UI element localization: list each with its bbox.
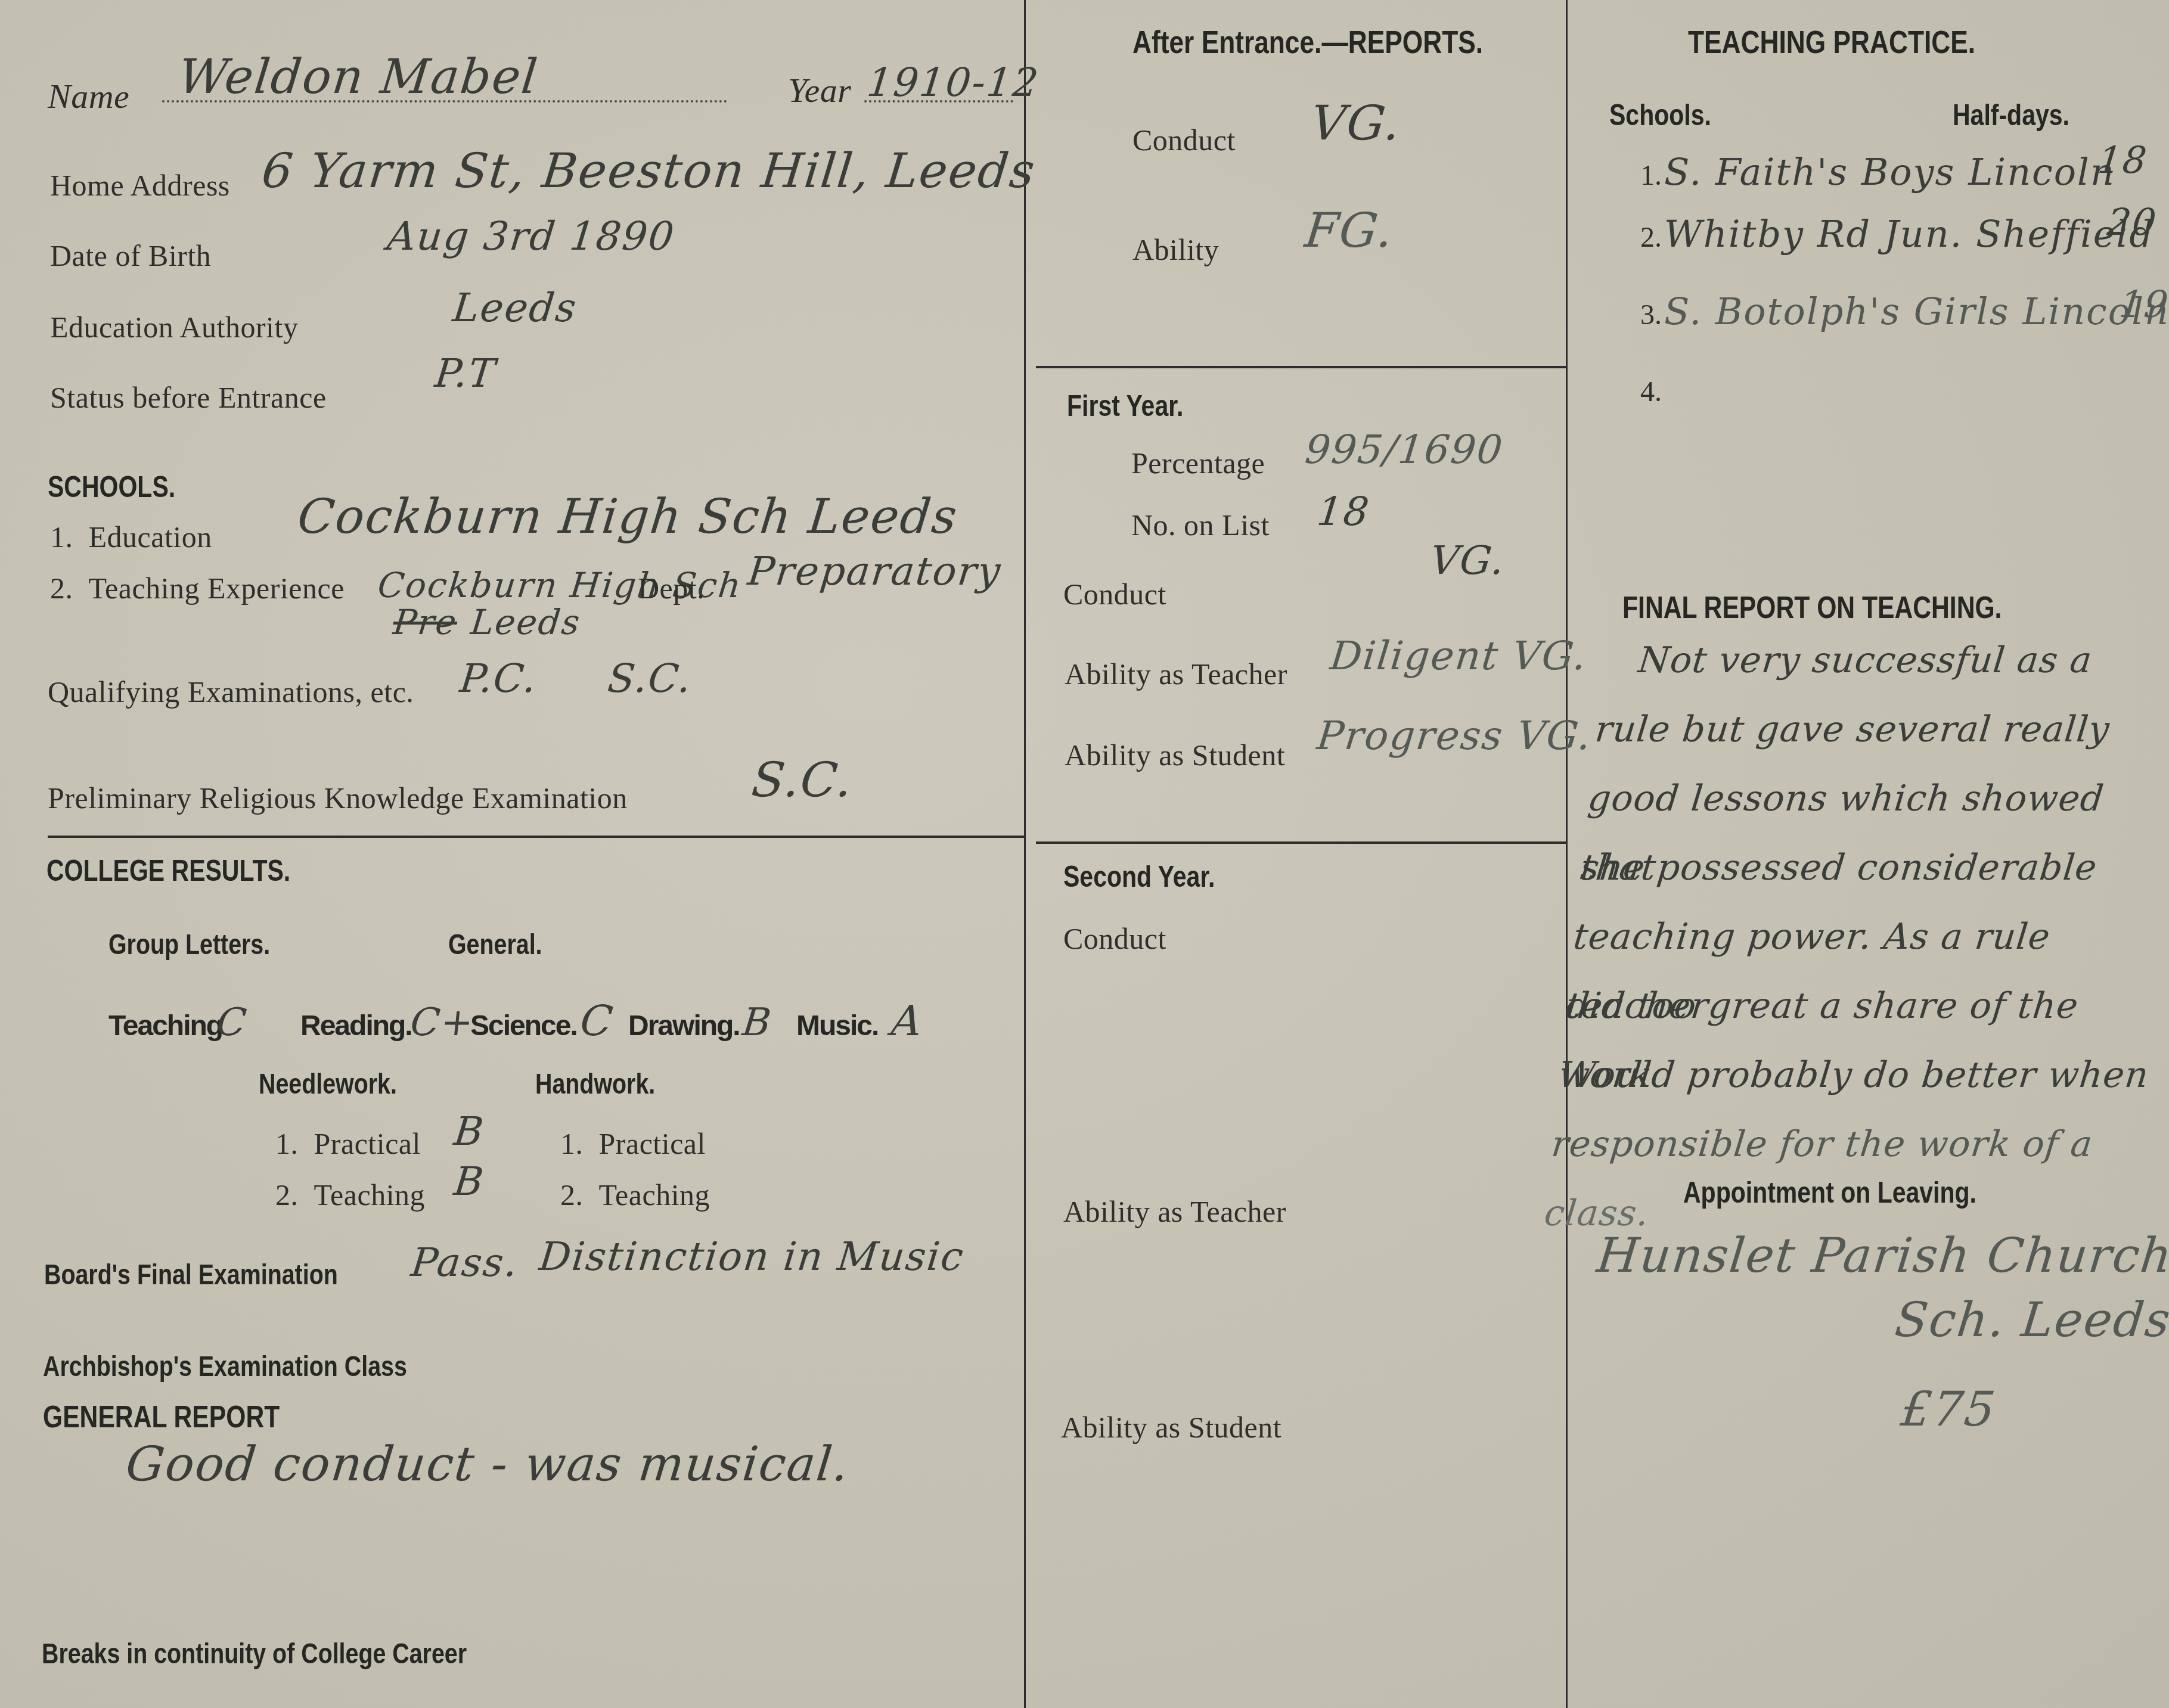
dob-value: Aug 3rd 1890 [385, 213, 677, 259]
tp-row-2-halfdays: 20 [2105, 200, 2159, 244]
handwork-practical-number: 1. [560, 1127, 584, 1160]
qualifying-value-pc: P.C. [458, 656, 539, 701]
handwork-teaching-number: 2. [560, 1178, 584, 1212]
education-row: 1. Education [50, 520, 212, 554]
subject-reading-label: Reading. [300, 1010, 411, 1042]
section-divider-first-year [1036, 366, 1566, 368]
boards-final-note: Distinction in Music [537, 1234, 967, 1280]
subject-teaching-label: Teaching [108, 1010, 217, 1042]
tp-row-1: 1. S. Faith's Boys Lincoln [1640, 150, 2115, 194]
subject-music-grade: A [889, 996, 926, 1045]
education-authority-label: Education Authority [50, 310, 298, 344]
final-report-line: did too great a share of the work [1563, 971, 2165, 1041]
tp-row-4: 4. [1640, 375, 1662, 408]
tp-schools-label: Schools. [1609, 98, 1711, 132]
boards-final-value: Pass. [409, 1240, 521, 1285]
religious-knowledge-label: Preliminary Religious Knowledge Examinat… [48, 781, 628, 815]
general-report-label: GENERAL REPORT [43, 1399, 280, 1435]
column-divider-left [1024, 0, 1026, 1708]
needlework-teaching: 2. Teaching [275, 1178, 425, 1212]
first-year-heading: First Year. [1067, 389, 1183, 423]
home-address-label: Home Address [50, 168, 230, 203]
final-report-line: Not very successful as a [1599, 626, 2169, 695]
first-year-teacher-label: Ability as Teacher [1065, 657, 1287, 691]
needlework-teaching-number: 2. [275, 1178, 299, 1212]
handwork-practical: 1. Practical [560, 1126, 706, 1161]
after-entrance-conduct-label: Conduct [1132, 123, 1236, 157]
name-value: Weldon Mabel [176, 49, 541, 104]
teaching-experience-number: 2. [50, 572, 73, 605]
appointment-line1: Hunslet Parish Church [1594, 1228, 2169, 1283]
year-label: Year [788, 70, 851, 110]
subject-drawing-label: Drawing. [628, 1010, 743, 1042]
education-value: Cockburn High Sch Leeds [295, 489, 961, 544]
tp-row-3-number: 3. [1640, 299, 1662, 331]
subject-drawing-grade: B [740, 1001, 799, 1045]
section-divider-second-year [1036, 841, 1566, 844]
after-entrance-ability-value: FG. [1302, 203, 1397, 258]
appointment-line2: Sch. Leeds [1892, 1292, 2169, 1347]
second-year-heading: Second Year. [1063, 859, 1215, 894]
final-report-line: teaching power. As a rule teacher [1570, 902, 2169, 971]
general-report-value: Good conduct - was musical. [123, 1436, 852, 1492]
handwork-label: Handwork. [535, 1068, 655, 1101]
first-year-conduct-value: VG. [1428, 538, 1507, 583]
subject-science-label: Science. [470, 1010, 581, 1042]
appointment-salary: £75 [1898, 1381, 1999, 1437]
tp-row-1-number: 1. [1640, 160, 1662, 191]
name-label: Name [48, 76, 129, 116]
final-report-line: responsible for the work of a [1548, 1110, 2151, 1179]
qualifying-value-sc: S.C. [606, 656, 694, 701]
needlework-practical: 1. Practical [275, 1126, 421, 1161]
tp-row-4-number: 4. [1640, 376, 1662, 408]
teaching-experience-value-line2: Leeds [468, 602, 582, 642]
final-report-line: rule but gave several really [1591, 695, 2169, 764]
subject-reading-grade: C+ [408, 1001, 473, 1045]
teaching-experience-label: Teaching Experience [89, 572, 345, 605]
tp-halfdays-label: Half-days. [1953, 98, 2069, 132]
subject-grades-row: Teaching C Reading. C+ Science. C Drawin… [108, 996, 923, 1045]
second-year-teacher-label: Ability as Teacher [1063, 1194, 1286, 1229]
schools-heading: SCHOOLS. [48, 470, 175, 504]
qualifying-label: Qualifying Examinations, etc. [48, 675, 414, 709]
first-year-teacher-value: Diligent VG. [1328, 633, 1590, 679]
handwork-teaching: 2. Teaching [560, 1178, 710, 1212]
column-divider-right [1566, 0, 1568, 1708]
first-year-percentage-value: 995/1690 [1303, 427, 1506, 473]
teaching-experience-struck: Pre [391, 602, 459, 642]
final-report-heading: FINAL REPORT ON TEACHING. [1622, 590, 2002, 626]
tp-row-2-school: Whitby Rd Jun. Sheffield [1664, 212, 2154, 256]
archbishop-exam-label: Archbishop's Examination Class [43, 1350, 407, 1383]
first-year-percentage-label: Percentage [1131, 446, 1265, 480]
second-year-student-label: Ability as Student [1061, 1410, 1281, 1445]
education-authority-value: Leeds [451, 285, 579, 331]
boards-final-label: Board's Final Examination [44, 1259, 338, 1291]
record-card: Name Weldon Mabel Year 1910-12 Home Addr… [0, 0, 2169, 1708]
teaching-practice-heading: TEACHING PRACTICE. [1688, 24, 1975, 61]
first-year-conduct-label: Conduct [1063, 577, 1166, 611]
year-value: 1910-12 [865, 60, 1041, 105]
dept-label: Dept. [638, 571, 705, 605]
needlework-teaching-grade: B [452, 1159, 487, 1204]
tp-row-3: 3. S. Botolph's Girls Lincoln [1640, 290, 2169, 333]
after-entrance-ability-label: Ability [1132, 232, 1219, 267]
needlework-teaching-label: Teaching [314, 1178, 426, 1212]
group-letters-label: Group Letters. [108, 928, 270, 961]
needlework-practical-number: 1. [275, 1127, 299, 1160]
tp-row-2: 2. Whitby Rd Jun. Sheffield [1640, 212, 2154, 256]
education-number: 1. [50, 520, 73, 554]
subject-teaching-grade: C [215, 1001, 303, 1045]
needlework-label: Needlework. [259, 1068, 397, 1101]
college-results-heading: COLLEGE RESULTS. [46, 853, 290, 888]
final-report-line: Would probably do better when [1556, 1041, 2158, 1110]
first-year-list-label: No. on List [1131, 508, 1270, 542]
tp-row-3-school: S. Botolph's Girls Lincoln [1664, 290, 2169, 333]
appointment-heading: Appointment on Leaving. [1683, 1175, 1976, 1210]
handwork-practical-label: Practical [599, 1127, 706, 1160]
first-year-student-value: Progress VG. [1315, 713, 1594, 759]
section-divider-college [48, 836, 1025, 838]
second-year-conduct-label: Conduct [1063, 921, 1166, 956]
final-report-text: Not very successful as a rule but gave s… [1541, 626, 2169, 1248]
final-report-line: good lessons which showed that [1584, 764, 2169, 833]
subject-music-label: Music. [796, 1010, 892, 1042]
needlework-practical-grade: B [452, 1108, 487, 1154]
breaks-label: Breaks in continuity of College Career [42, 1638, 467, 1670]
tp-row-2-number: 2. [1640, 222, 1662, 253]
teaching-experience-row: 2. Teaching Experience [50, 571, 345, 605]
first-year-list-value: 18 [1315, 489, 1372, 535]
education-label: Education [89, 520, 212, 554]
first-year-student-label: Ability as Student [1065, 738, 1285, 772]
status-label: Status before Entrance [50, 380, 327, 415]
dob-label: Date of Birth [50, 238, 211, 273]
home-address-value: 6 Yarm St, Beeston Hill, Leeds [259, 143, 1038, 198]
subject-science-grade: C [578, 996, 631, 1045]
handwork-teaching-label: Teaching [599, 1178, 710, 1212]
tp-row-3-halfdays: 19 [2117, 282, 2169, 326]
final-report-line: she possessed considerable [1577, 833, 2169, 902]
dept-value: Preparatory [746, 548, 1004, 594]
after-entrance-conduct-value: VG. [1308, 95, 1404, 151]
after-entrance-heading: After Entrance.—REPORTS. [1132, 24, 1483, 61]
tp-row-1-halfdays: 18 [2096, 138, 2150, 182]
needlework-practical-label: Practical [314, 1127, 421, 1160]
religious-knowledge-value: S.C. [749, 752, 856, 808]
general-label: General. [448, 928, 542, 961]
tp-row-1-school: S. Faith's Boys Lincoln [1664, 150, 2115, 194]
status-value: P.T [433, 350, 498, 396]
